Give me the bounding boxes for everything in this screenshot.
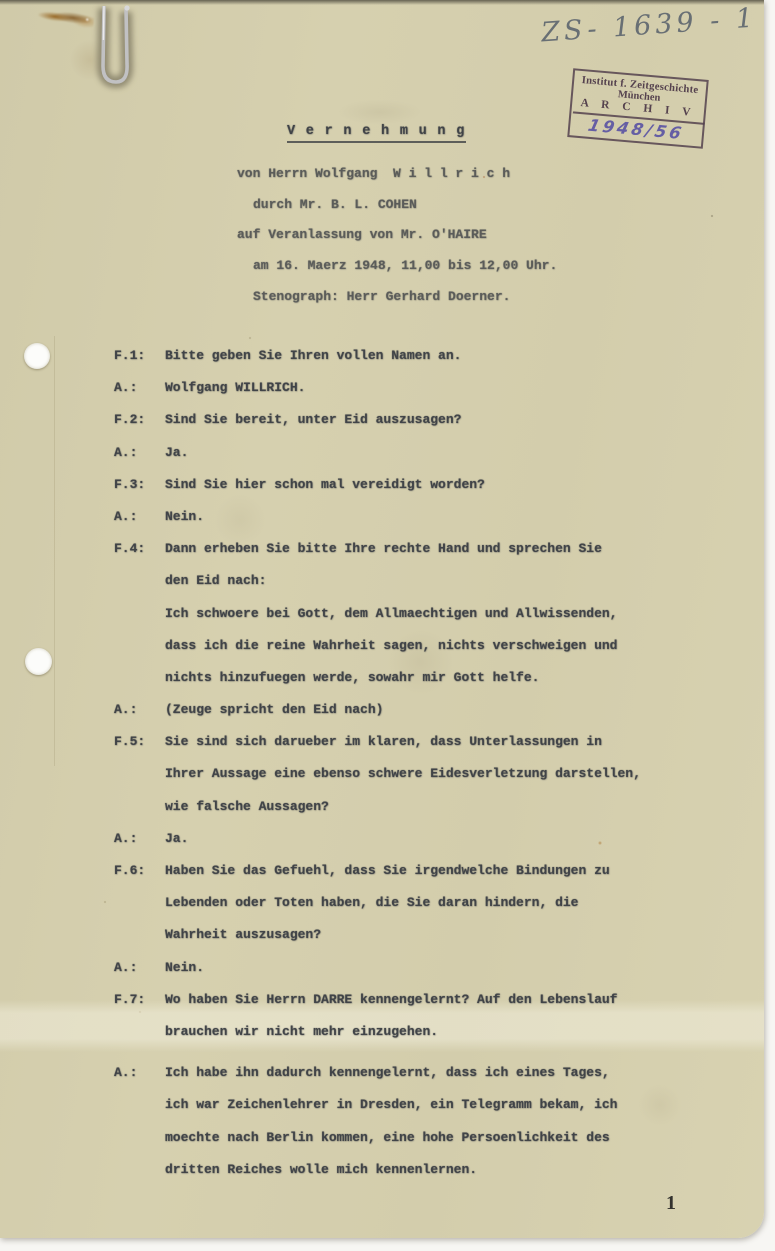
speaker-label: A.: — [114, 1057, 137, 1089]
transcript-line: wie falsche Aussagen? — [0, 791, 764, 823]
transcript-line: F.6:Haben Sie das Gefuehl, dass Sie irge… — [0, 855, 764, 887]
transcript-text: Bitte geben Sie Ihren vollen Namen an. — [165, 348, 461, 363]
speaker-label: A.: — [114, 694, 137, 726]
transcript-text: moechte nach Berlin kommen, eine hohe Pe… — [165, 1130, 610, 1145]
speaker-label: A.: — [114, 823, 137, 855]
speaker-label: A.: — [114, 437, 137, 469]
transcript-line: Lebenden oder Toten haben, die Sie daran… — [0, 887, 764, 919]
transcript-text: Ich schwoere bei Gott, dem Allmaechtigen… — [165, 606, 617, 621]
transcript-text: Ihrer Aussage eine ebenso schwere Eidesv… — [165, 766, 641, 781]
transcript-line: A.:Wolfgang WILLRICH. — [0, 372, 764, 404]
transcript-text: Nein. — [165, 509, 204, 524]
transcript-text: den Eid nach: — [165, 573, 266, 588]
transcript-text: Ich habe ihn dadurch kennengelernt, dass… — [165, 1065, 610, 1080]
speaker-label: F.6: — [114, 855, 145, 887]
transcript-line: A.:Nein. — [0, 501, 764, 533]
speaker-label: F.1: — [114, 340, 145, 372]
transcript-line: ich war Zeichenlehrer in Dresden, ein Te… — [0, 1089, 764, 1121]
archive-stamp: Institut f. Zeitgeschichte München A R C… — [567, 68, 708, 149]
transcript-text: Haben Sie das Gefuehl, dass Sie irgendwe… — [165, 863, 610, 878]
transcript-line: Wahrheit auszusagen? — [0, 919, 764, 951]
archive-reference-handwriting: ZS- 1639 - 1 — [540, 2, 758, 48]
transcript-text: brauchen wir nicht mehr einzugehen. — [165, 1024, 438, 1039]
transcript-line: F.1:Bitte geben Sie Ihren vollen Namen a… — [0, 340, 764, 372]
page-number: 1 — [666, 1192, 676, 1215]
transcript-line: A.:Nein. — [0, 952, 764, 984]
transcript-line: Ich schwoere bei Gott, dem Allmaechtigen… — [0, 598, 764, 630]
transcript-text: wie falsche Aussagen? — [165, 799, 329, 814]
speaker-label: A.: — [114, 501, 137, 533]
transcript-text: dritten Reiches wolle mich kennenlernen. — [165, 1162, 477, 1177]
transcript-line: F.3:Sind Sie hier schon mal vereidigt wo… — [0, 469, 764, 501]
transcript-text: Nein. — [165, 960, 204, 975]
speaker-label: A.: — [114, 372, 137, 404]
transcript-text: Wahrheit auszusagen? — [165, 927, 321, 942]
speaker-label: F.5: — [114, 726, 145, 758]
transcript-line: dritten Reiches wolle mich kennenlernen. — [0, 1154, 764, 1186]
header-line: von Herrn Wolfgang W i l l r i c h — [237, 159, 557, 190]
transcript-text: Wolfgang WILLRICH. — [165, 380, 305, 395]
header-line: auf Veranlassung von Mr. O'HAIRE — [237, 220, 557, 251]
punch-hole-top — [24, 343, 50, 369]
rust-staple-stain — [37, 5, 95, 32]
header-line: durch Mr. B. L. COHEN — [253, 190, 557, 221]
header-line: Stenograph: Herr Gerhard Doerner. — [253, 282, 557, 313]
transcript-text: Lebenden oder Toten haben, die Sie daran… — [165, 895, 578, 910]
transcript-text: Ja. — [165, 445, 188, 460]
transcript-line: A.:Ja. — [0, 437, 764, 469]
transcript-line: A.:Ich habe ihn dadurch kennengelernt, d… — [0, 1057, 764, 1089]
speaker-label: F.2: — [114, 404, 145, 436]
transcript-text: nichts hinzufuegen werde, sowahr mir Got… — [165, 670, 539, 685]
speaker-label: F.4: — [114, 533, 145, 565]
transcript-text: Dann erheben Sie bitte Ihre rechte Hand … — [165, 541, 602, 556]
transcript-line: Ihrer Aussage eine ebenso schwere Eidesv… — [0, 758, 764, 790]
document-title: V e r n e h m u n g — [287, 124, 466, 143]
punch-hole-bottom — [25, 648, 52, 675]
transcript-text: Sind Sie bereit, unter Eid auszusagen? — [165, 412, 461, 427]
transcript-line: F.4:Dann erheben Sie bitte Ihre rechte H… — [0, 533, 764, 565]
transcript-line: F.5:Sie sind sich darueber im klaren, da… — [0, 726, 764, 758]
transcript-text: (Zeuge spricht den Eid nach) — [165, 702, 383, 717]
transcript-text: Sie sind sich darueber im klaren, dass U… — [165, 734, 602, 749]
speaker-label: F.7: — [114, 984, 145, 1016]
transcript-line: den Eid nach: — [0, 565, 764, 597]
transcript-text: Wo haben Sie Herrn DARRE kennengelernt? … — [165, 992, 617, 1007]
transcript-line: F.2:Sind Sie bereit, unter Eid auszusage… — [0, 404, 764, 436]
speaker-label: F.3: — [114, 469, 145, 501]
transcript-text: ich war Zeichenlehrer in Dresden, ein Te… — [165, 1097, 617, 1112]
speaker-label: A.: — [114, 952, 137, 984]
transcript-line: moechte nach Berlin kommen, eine hohe Pe… — [0, 1122, 764, 1154]
transcript-line: A.:(Zeuge spricht den Eid nach) — [0, 694, 764, 726]
transcript-line: brauchen wir nicht mehr einzugehen. — [0, 1016, 764, 1048]
transcript-text: Sind Sie hier schon mal vereidigt worden… — [165, 477, 485, 492]
scanned-document-page: ZS- 1639 - 1 Institut f. Zeitgeschichte … — [0, 0, 764, 1238]
transcript-line: nichts hinzufuegen werde, sowahr mir Got… — [0, 662, 764, 694]
document-header: von Herrn Wolfgang W i l l r i c hdurch … — [237, 159, 557, 313]
transcript-line: dass ich die reine Wahrheit sagen, nicht… — [0, 630, 764, 662]
transcript-line: F.7:Wo haben Sie Herrn DARRE kennengeler… — [0, 984, 764, 1016]
paperclip-icon — [90, 0, 142, 104]
interrogation-transcript: F.1:Bitte geben Sie Ihren vollen Namen a… — [0, 340, 764, 1186]
transcript-text: Ja. — [165, 831, 188, 846]
header-line: am 16. Maerz 1948, 11,00 bis 12,00 Uhr. — [253, 251, 557, 282]
transcript-text: dass ich die reine Wahrheit sagen, nicht… — [165, 638, 617, 653]
transcript-line: A.:Ja. — [0, 823, 764, 855]
